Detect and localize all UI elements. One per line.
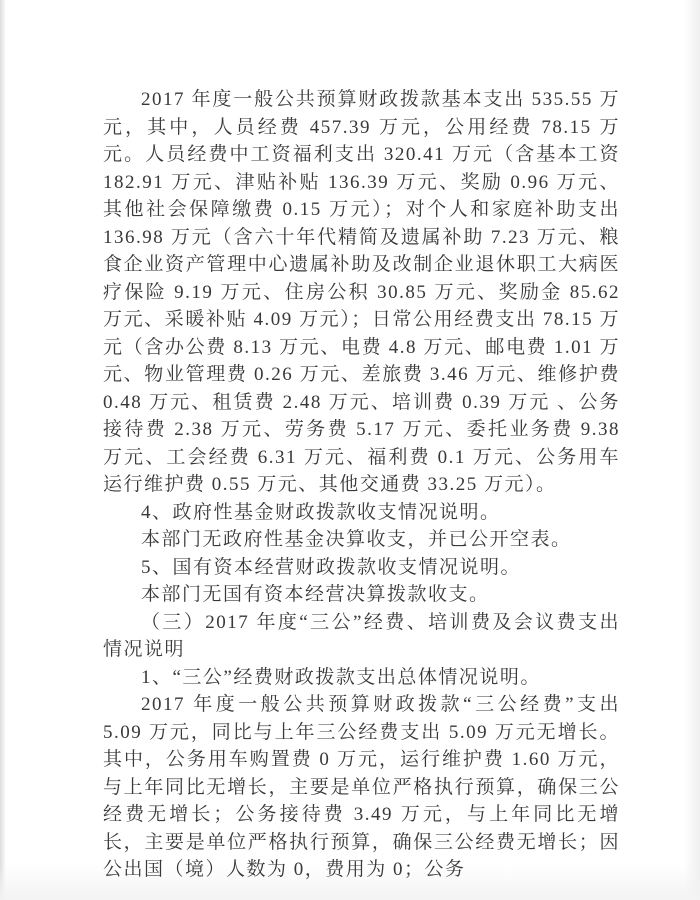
heading-item-1-three-public-overview: 1、“三公”经费财政拨款支出总体情况说明。 [103, 664, 620, 692]
scan-edge-left [0, 0, 6, 900]
document-page: 2017 年度一般公共预算财政拨款基本支出 535.55 万元，其中，人员经费 … [0, 0, 700, 900]
heading-item-4-govt-fund: 4、政府性基金财政拨款收支情况说明。 [103, 499, 620, 527]
paragraph-no-govt-fund: 本部门无政府性基金决算收支，并已公开空表。 [103, 526, 620, 554]
heading-item-5-state-capital: 5、国有资本经营财政拨款收支情况说明。 [103, 554, 620, 582]
heading-section-3-three-public-expenses: （三）2017 年度“三公”经费、培训费及会议费支出情况说明 [103, 609, 620, 664]
document-text-block: 2017 年度一般公共预算财政拨款基本支出 535.55 万元，其中，人员经费 … [103, 86, 620, 884]
paragraph-basic-expenditure-detail: 2017 年度一般公共预算财政拨款基本支出 535.55 万元，其中，人员经费 … [103, 86, 620, 499]
paragraph-three-public-expenses-detail: 2017 年度一般公共预算财政拨款“三公经费”支出 5.09 万元，同比与上年三… [103, 691, 620, 884]
scan-edge-right [684, 0, 700, 900]
paragraph-no-state-capital: 本部门无国有资本经营决算拨款收支。 [103, 581, 620, 609]
